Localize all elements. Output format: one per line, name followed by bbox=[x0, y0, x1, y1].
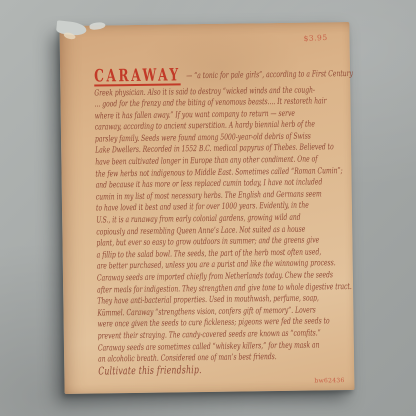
text-line-continuation: — “a tonic for pale girls”, according to… bbox=[186, 68, 353, 80]
photo-backdrop: $3.95 CARAWAY — “a tonic for pale girls”… bbox=[0, 0, 416, 416]
body-text-lines: Greek physician. Also it is said to dest… bbox=[94, 84, 351, 378]
text-line: CARAWAY — “a tonic for pale girls”, acco… bbox=[94, 66, 348, 87]
text-line: Cultivate this friendship. bbox=[98, 362, 352, 378]
page-title: CARAWAY bbox=[94, 68, 181, 86]
corner-wear bbox=[89, 22, 106, 30]
price-marking: $3.95 bbox=[303, 33, 327, 43]
book-back-cover: $3.95 CARAWAY — “a tonic for pale girls”… bbox=[59, 22, 354, 394]
inventory-code: bw62436 bbox=[314, 377, 344, 384]
handwritten-text: CARAWAY — “a tonic for pale girls”, acco… bbox=[94, 66, 352, 378]
